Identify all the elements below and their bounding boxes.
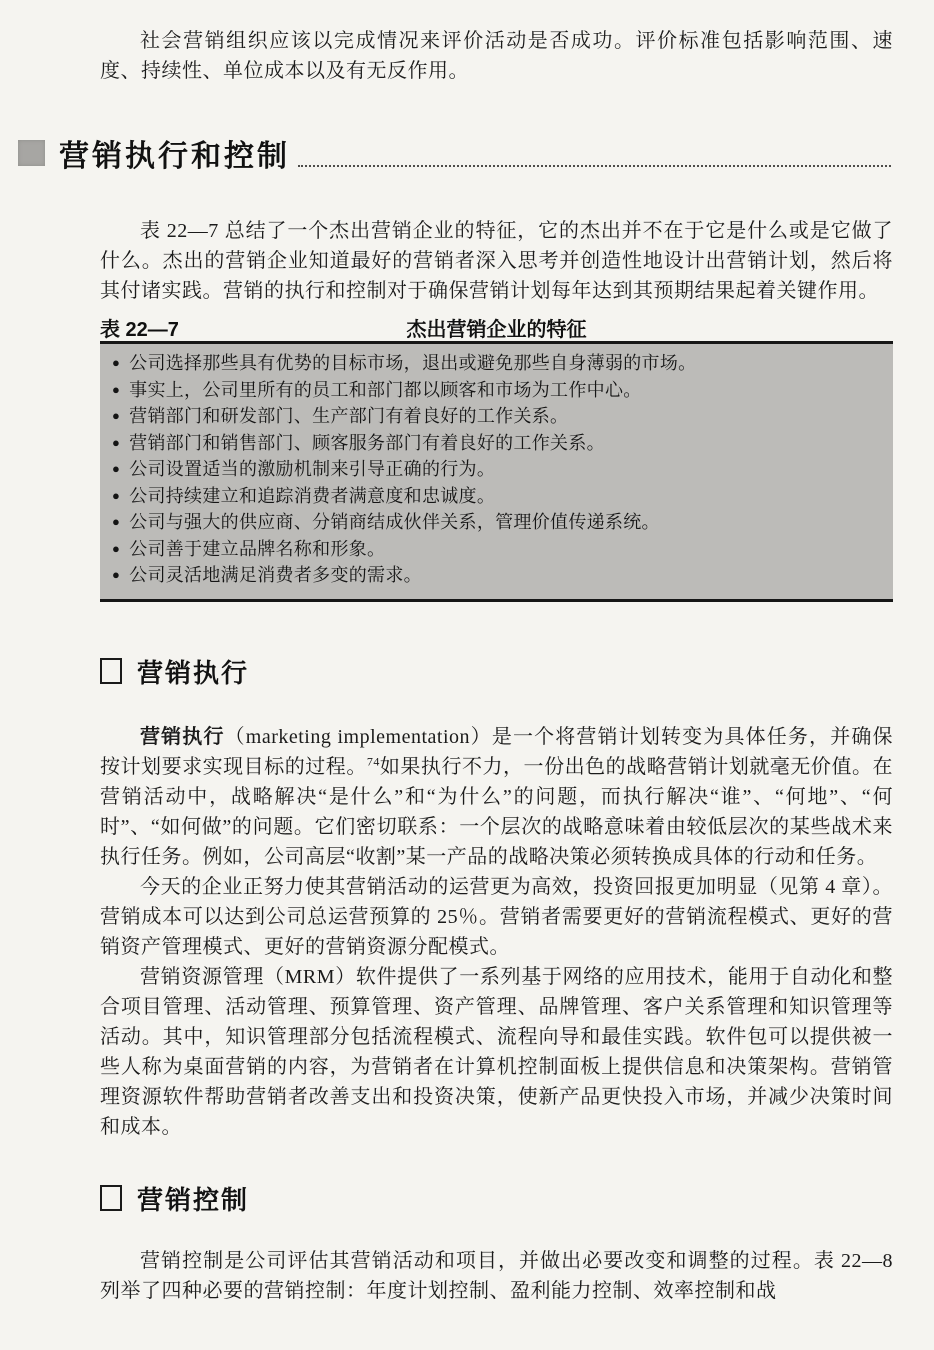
subsection-control-header: 营销控制 xyxy=(100,1180,893,1217)
table-item: ●营销部门和研发部门、生产部门有着良好的工作关系。 xyxy=(112,404,883,431)
lead-paragraph: 表 22—7 总结了一个杰出营销企业的特征，它的杰出并不在于它是什么或是它做了什… xyxy=(100,216,893,306)
table-body: ●公司选择那些具有优势的目标市场，退出或避免那些自身薄弱的市场。 ●事实上，公司… xyxy=(100,341,893,602)
table-item: ●公司灵活地满足消费者多变的需求。 xyxy=(112,563,883,590)
bullet-icon: ● xyxy=(112,408,120,423)
table-item: ●公司设置适当的激励机制来引导正确的行为。 xyxy=(112,457,883,484)
bullet-icon: ● xyxy=(112,461,120,476)
implementation-paragraph-3: 营销资源管理（MRM）软件提供了一系列基于网络的应用技术，能用于自动化和整合项目… xyxy=(100,962,893,1142)
table-item-text: 事实上，公司里所有的员工和部门都以顾客和市场为工作中心。 xyxy=(129,380,641,400)
table-item-text: 公司设置适当的激励机制来引导正确的行为。 xyxy=(129,459,495,479)
table-item: ●公司善于建立品牌名称和形象。 xyxy=(112,537,883,564)
square-outline-icon xyxy=(100,1185,122,1211)
section-header: 营销执行和控制 xyxy=(18,136,893,170)
table-item-list: ●公司选择那些具有优势的目标市场，退出或避免那些自身薄弱的市场。 ●事实上，公司… xyxy=(112,351,883,590)
implementation-paragraph-1: 营销执行（marketing implementation）是一个将营销计划转变… xyxy=(100,722,893,872)
table-item-text: 营销部门和研发部门、生产部门有着良好的工作关系。 xyxy=(129,406,568,426)
subsection-implementation-header: 营销执行 xyxy=(100,653,893,690)
implementation-paragraph-2: 今天的企业正努力使其营销活动的运营更为高效，投资回报更加明显（见第 4 章）。营… xyxy=(100,872,893,962)
subsection-control-title: 营销控制 xyxy=(137,1180,249,1217)
table-item: ●营销部门和销售部门、顾客服务部门有着良好的工作关系。 xyxy=(112,431,883,458)
section-marker-icon xyxy=(18,140,45,166)
bullet-icon: ● xyxy=(112,435,120,450)
bullet-icon: ● xyxy=(112,355,120,370)
table-item-text: 公司选择那些具有优势的目标市场，退出或避免那些自身薄弱的市场。 xyxy=(129,353,696,373)
bullet-icon: ● xyxy=(112,514,120,529)
term-marketing-implementation: 营销执行 xyxy=(140,726,225,748)
table-22-7: 表 22—7 杰出营销企业的特征 ●公司选择那些具有优势的目标市场，退出或避免那… xyxy=(100,313,893,602)
table-item-text: 营销部门和销售部门、顾客服务部门有着良好的工作关系。 xyxy=(129,433,605,453)
table-item: ●公司与强大的供应商、分销商结成伙伴关系，管理价值传递系统。 xyxy=(112,510,883,537)
table-item: ●公司持续建立和追踪消费者满意度和忠诚度。 xyxy=(112,484,883,511)
square-outline-icon xyxy=(100,658,122,684)
footnote-reference-74: 74 xyxy=(367,754,380,768)
bullet-icon: ● xyxy=(112,541,120,556)
section-title: 营销执行和控制 xyxy=(59,131,290,175)
control-paragraph-1: 营销控制是公司评估其营销活动和项目，并做出必要改变和调整的过程。表 22—8 列… xyxy=(100,1246,893,1306)
table-item-text: 公司与强大的供应商、分销商结成伙伴关系，管理价值传递系统。 xyxy=(129,512,660,532)
bullet-icon: ● xyxy=(112,488,120,503)
table-item: ●事实上，公司里所有的员工和部门都以顾客和市场为工作中心。 xyxy=(112,378,883,405)
table-item-text: 公司善于建立品牌名称和形象。 xyxy=(129,539,385,559)
table-title: 杰出营销企业的特征 xyxy=(100,313,893,342)
book-page: 社会营销组织应该以完成情况来评价活动是否成功。评价标准包括影响范围、速度、持续性… xyxy=(0,0,934,1350)
table-item-text: 公司灵活地满足消费者多变的需求。 xyxy=(129,565,422,585)
table-item-text: 公司持续建立和追踪消费者满意度和忠诚度。 xyxy=(129,486,495,506)
table-caption: 表 22—7 杰出营销企业的特征 xyxy=(100,313,893,341)
dotted-rule xyxy=(298,165,891,167)
intro-paragraph: 社会营销组织应该以完成情况来评价活动是否成功。评价标准包括影响范围、速度、持续性… xyxy=(100,26,893,86)
bullet-icon: ● xyxy=(112,382,120,397)
subsection-implementation-title: 营销执行 xyxy=(137,653,249,690)
bullet-icon: ● xyxy=(112,567,120,582)
page-content: 社会营销组织应该以完成情况来评价活动是否成功。评价标准包括影响范围、速度、持续性… xyxy=(0,0,934,1306)
table-item: ●公司选择那些具有优势的目标市场，退出或避免那些自身薄弱的市场。 xyxy=(112,351,883,378)
